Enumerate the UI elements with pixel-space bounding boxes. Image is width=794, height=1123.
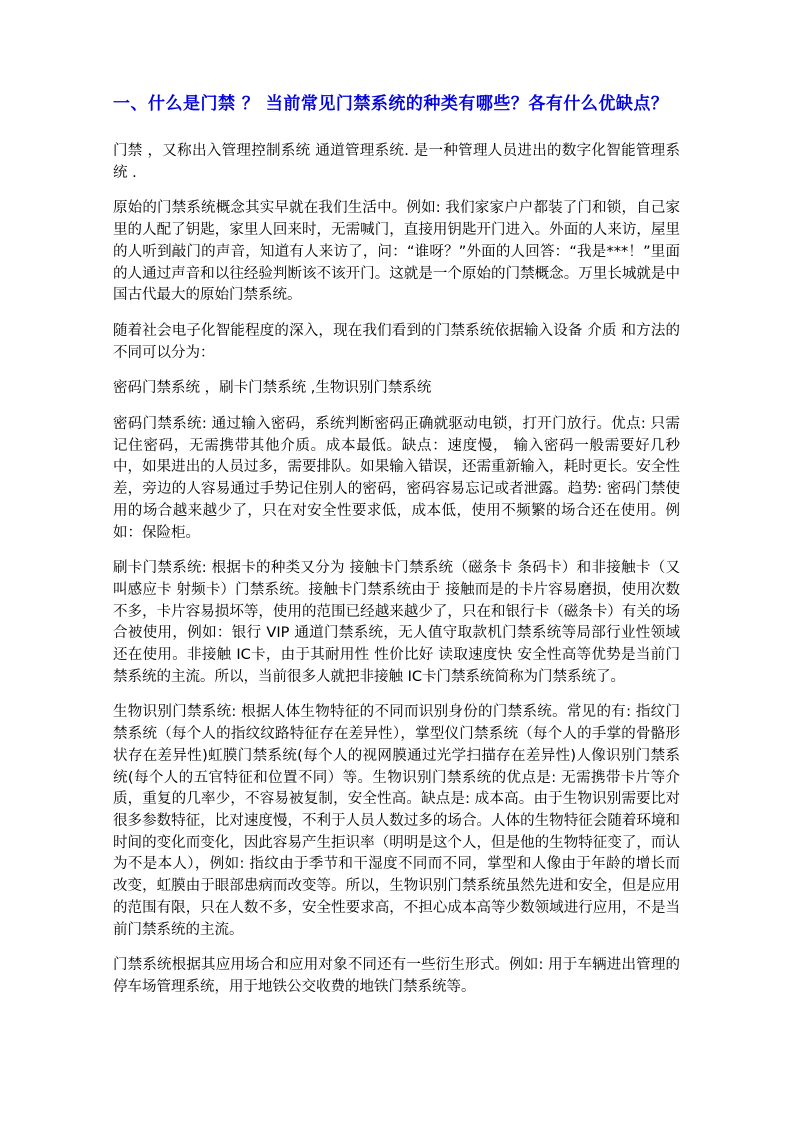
paragraph-system-types-list: 密码门禁系统 ，刷卡门禁系统 ,生物识别门禁系统 bbox=[113, 378, 680, 400]
document-page: 一、什么是门禁 ？ 当前常见门禁系统的种类有哪些？各有什么优缺点？ 门禁 ，又称… bbox=[0, 0, 794, 1123]
document-heading: 一、什么是门禁 ？ 当前常见门禁系统的种类有哪些？各有什么优缺点？ bbox=[113, 92, 680, 116]
paragraph-original-concept: 原始的门禁系统概念其实早就在我们生活中。例如: 我们家家户户都装了门和锁，自己家… bbox=[113, 198, 680, 307]
paragraph-card-system: 刷卡门禁系统: 根据卡的种类又分为 接触卡门禁系统（磁条卡 条码卡）和非接触卡（… bbox=[113, 558, 680, 688]
paragraph-definition: 门禁 ，又称出入管理控制系统 通道管理系统. 是一种管理人员进出的数字化智能管理… bbox=[113, 141, 680, 184]
paragraph-biometric-system: 生物识别门禁系统: 根据人体生物特征的不同而识别身份的门禁系统。常见的有: 指纹… bbox=[113, 702, 680, 941]
paragraph-classification-intro: 随着社会电子化智能程度的深入，现在我们看到的门禁系统依据输入设备 介质 和方法的… bbox=[113, 321, 680, 364]
paragraph-derivative-forms: 门禁系统根据其应用场合和应用对象不同还有一些衍生形式。例如: 用于车辆进出管理的… bbox=[113, 955, 680, 998]
paragraph-password-system: 密码门禁系统: 通过输入密码，系统判断密码正确就驱动电锁，打开门放行。优点: 只… bbox=[113, 414, 680, 544]
